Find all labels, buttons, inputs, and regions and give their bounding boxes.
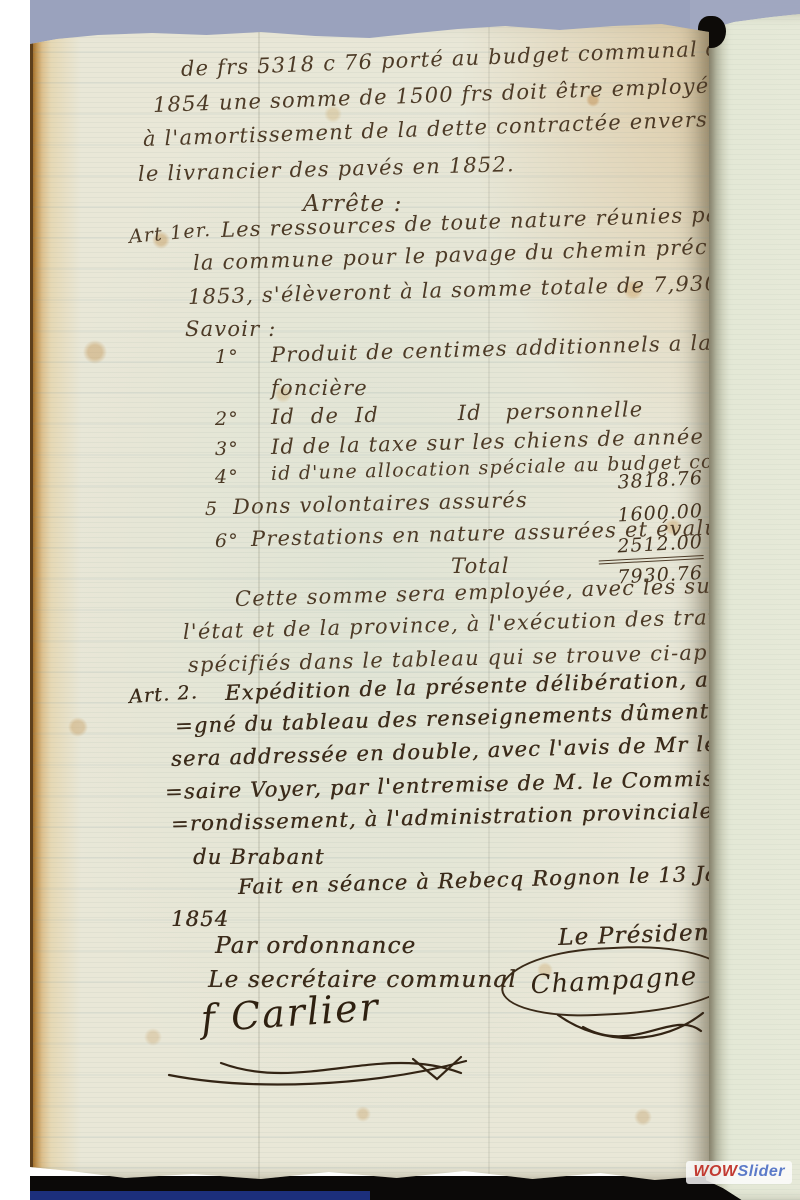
- paper-texture: [706, 14, 800, 1200]
- item-number: 4°: [215, 468, 239, 487]
- item-text-continuation: foncière: [271, 378, 368, 399]
- president-signature-name: Champagne: [530, 962, 698, 1001]
- watermark-wow-text: WOW: [693, 1163, 737, 1180]
- item-number: 3°: [215, 440, 239, 459]
- item-number: 5: [205, 500, 218, 519]
- facing-page: [706, 14, 800, 1200]
- book-cover-edge: [25, 1191, 370, 1200]
- ordonnance-label: Par ordonnance: [215, 935, 416, 958]
- item-amount: 2512.00: [597, 531, 703, 564]
- watermark-slider-text: Slider: [738, 1163, 785, 1180]
- manuscript-page: de frs 5318 c 76 porté au budget communa…: [30, 22, 709, 1184]
- savoir-label: Savoir :: [185, 319, 277, 340]
- signature-flourish: [543, 1007, 713, 1052]
- article2-line: du Brabant: [193, 847, 325, 868]
- item-number: 2°: [215, 410, 239, 429]
- signature-flourish: [161, 1047, 481, 1097]
- item-number: 6°: [215, 532, 239, 551]
- article2-label: Art. 2.: [128, 683, 198, 707]
- item-number: 1°: [215, 348, 239, 367]
- manuscript-photo: de frs 5318 c 76 porté au budget communa…: [0, 0, 800, 1200]
- wowslider-watermark[interactable]: WOWSlider: [686, 1161, 792, 1184]
- scan-margin: [0, 0, 30, 1200]
- closing-year: 1854: [171, 909, 229, 930]
- total-label: Total: [451, 556, 510, 577]
